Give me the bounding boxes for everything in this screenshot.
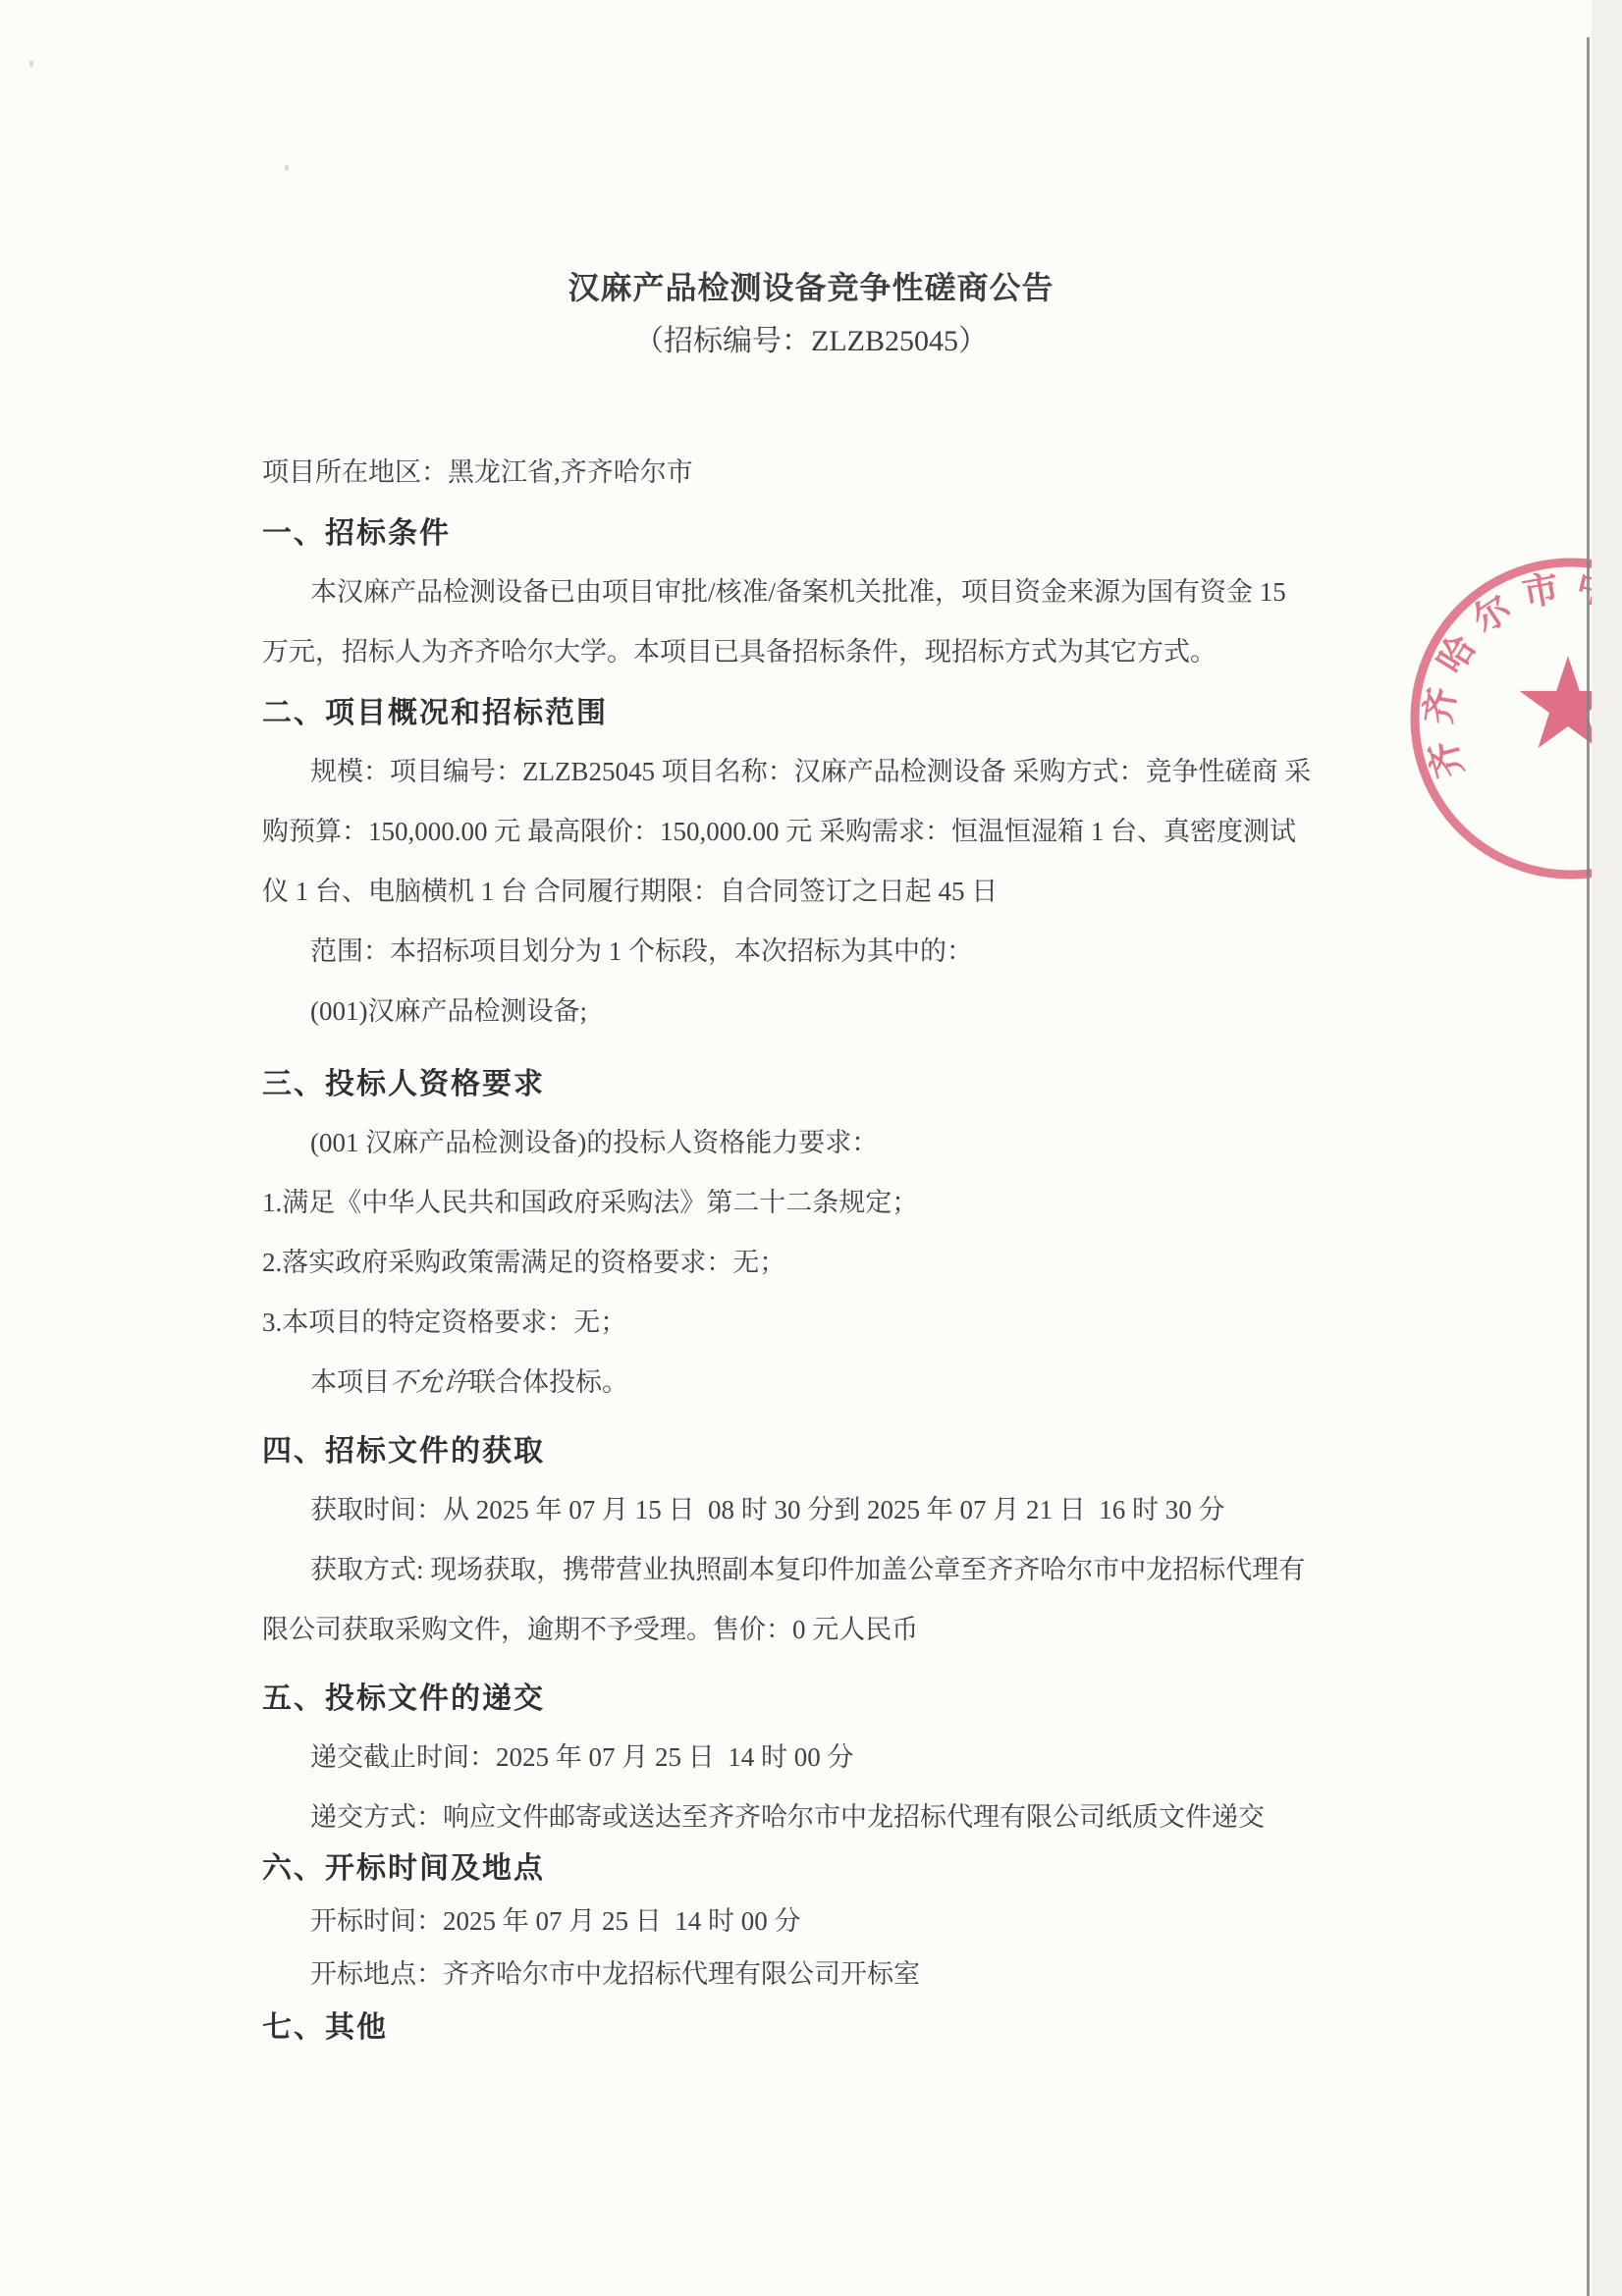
- doc-text: 联合体投标。: [469, 1361, 628, 1399]
- scan-speck: [29, 61, 33, 67]
- section-heading: 四、招标文件的获取: [262, 1417, 1360, 1477]
- doc-line: 项目所在地区：黑龙江省,齐齐哈尔市: [262, 440, 1360, 500]
- section-heading: 五、投标文件的递交: [262, 1665, 1360, 1725]
- doc-line: 规模：项目编号：ZLZB25045 项目名称：汉麻产品检测设备 采购方式：竞争性…: [262, 739, 1360, 799]
- doc-line: 获取方式: 现场获取，携带营业执照副本复印件加盖公章至齐齐哈尔市中龙招标代理有: [262, 1537, 1360, 1597]
- emphasized-text: 不允许: [389, 1361, 471, 1399]
- doc-line: 开标地点：齐齐哈尔市中龙招标代理有限公司开标室: [262, 1945, 1360, 1998]
- doc-line: 限公司获取采购文件，逾期不予受理。售价：0 元人民币: [262, 1597, 1360, 1657]
- doc-line: 万元，招标人为齐齐哈尔大学。本项目已具备招标条件，现招标方式为其它方式。: [262, 619, 1360, 679]
- doc-line: 购预算：150,000.00 元 最高限价：150,000.00 元 采购需求：…: [262, 799, 1360, 859]
- doc-line: 开标时间：2025 年 07 月 25 日 14 时 00 分: [262, 1892, 1360, 1945]
- doc-line: 本项目不允许联合体投标。: [262, 1350, 1360, 1410]
- page-edge-line: [1587, 37, 1590, 2296]
- doc-line: 范围：本招标项目划分为 1 个标段，本次招标为其中的：: [262, 919, 1360, 979]
- section-heading: 六、开标时间及地点: [262, 1839, 1360, 1892]
- doc-line: 仪 1 台、电脑横机 1 台 合同履行期限：自合同签订之日起 45 日: [262, 859, 1360, 919]
- document-page: 汉麻产品检测设备竞争性磋商公告 （招标编号：ZLZB25045） 项目所在地区：…: [0, 0, 1622, 2296]
- section-heading: 三、投标人资格要求: [262, 1050, 1360, 1110]
- document-body: 汉麻产品检测设备竞争性磋商公告 （招标编号：ZLZB25045） 项目所在地区：…: [262, 0, 1360, 2051]
- doc-line: 2.落实政府采购政策需满足的资格要求：无；: [262, 1230, 1360, 1290]
- doc-line: 递交方式：响应文件邮寄或送达至齐齐哈尔市中龙招标代理有限公司纸质文件递交: [262, 1785, 1360, 1844]
- section-heading: 七、其他: [262, 1998, 1360, 2051]
- doc-line: 递交截止时间：2025 年 07 月 25 日 14 时 00 分: [262, 1725, 1360, 1785]
- doc-line: 获取时间：从 2025 年 07 月 15 日 08 时 30 分到 2025 …: [262, 1477, 1360, 1537]
- section-heading: 二、项目概况和招标范围: [262, 679, 1360, 739]
- doc-line: 1.满足《中华人民共和国政府采购法》第二十二条规定；: [262, 1170, 1360, 1230]
- doc-line: 3.本项目的特定资格要求：无；: [262, 1290, 1360, 1350]
- section-heading: 一、招标条件: [262, 500, 1360, 560]
- tender-number: （招标编号：ZLZB25045）: [262, 322, 1360, 361]
- doc-line: 本汉麻产品检测设备已由项目审批/核准/备案机关批准，项目资金来源为国有资金 15: [262, 560, 1360, 619]
- doc-text: 本项目: [310, 1361, 390, 1399]
- document-title: 汉麻产品检测设备竞争性磋商公告: [262, 267, 1360, 308]
- doc-line: (001)汉麻产品检测设备;: [262, 979, 1360, 1039]
- doc-line: (001 汉麻产品检测设备)的投标人资格能力要求：: [262, 1110, 1360, 1170]
- scan-margin: [1592, 0, 1622, 2296]
- document-lines: 项目所在地区：黑龙江省,齐齐哈尔市一、招标条件本汉麻产品检测设备已由项目审批/核…: [262, 440, 1360, 2051]
